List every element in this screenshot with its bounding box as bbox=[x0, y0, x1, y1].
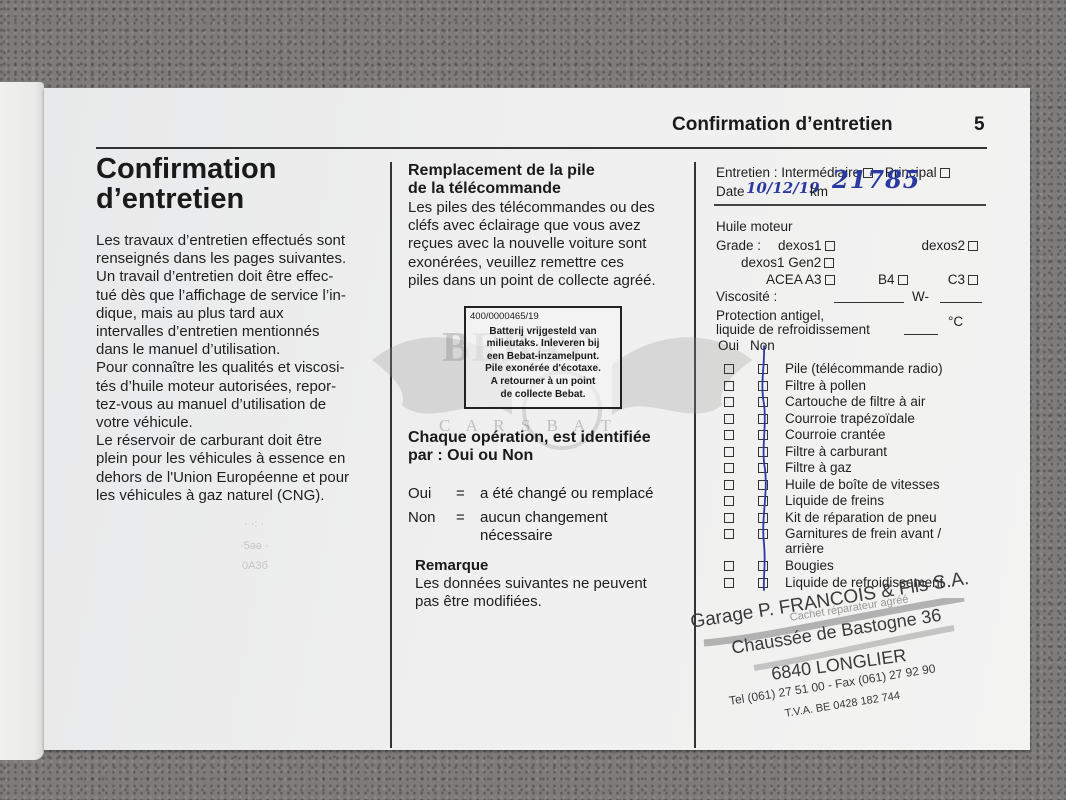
manual-page: Confirmation d’entretien 5 BEBAT C A R S… bbox=[44, 88, 1030, 750]
text-line: les véhicules à gaz naturel (CNG). bbox=[96, 487, 386, 505]
definition-desc: aucun changement nécessaire bbox=[480, 509, 625, 545]
battery-heading: Remplacement de la pile de la télécomman… bbox=[408, 162, 688, 198]
grade-row-1: Grade : dexos1 dexos2 bbox=[716, 238, 986, 255]
b4-label: B4 bbox=[878, 272, 895, 287]
km-label: km bbox=[810, 184, 828, 200]
grade-row-3: ACEA A3 B4 C3 bbox=[716, 272, 986, 289]
definition-eq: = bbox=[456, 509, 480, 545]
definition-term: Non bbox=[408, 509, 456, 545]
antifreeze-label-line1: Protection antigel, bbox=[716, 309, 986, 323]
text-line: intervalles d’entretien mentionnés bbox=[96, 323, 386, 341]
definition-eq: = bbox=[456, 485, 480, 503]
paragraph: Les travaux d’entretien effectués sont r… bbox=[96, 232, 386, 359]
antifreeze-field[interactable] bbox=[904, 323, 938, 335]
date-label: Date bbox=[716, 184, 745, 200]
paragraph: Pour connaître les qualités et viscosi- … bbox=[96, 359, 386, 432]
checklist-item-label: Filtre à pollen bbox=[785, 378, 995, 393]
bebat-line: A retourner à un point bbox=[466, 376, 620, 389]
text-line: dique, mais au plus tard aux bbox=[96, 305, 386, 323]
viscosity-cold-field[interactable] bbox=[834, 291, 904, 303]
oui-checkbox[interactable] bbox=[724, 496, 734, 506]
oil-section: Huile moteur Grade : dexos1 dexos2 dexos… bbox=[716, 219, 986, 353]
bebat-line: een Bebat-inzamelpunt. bbox=[466, 351, 620, 364]
oui-checkbox[interactable] bbox=[724, 414, 734, 424]
bebat-line: Batterij vrijgesteld van bbox=[466, 326, 620, 339]
faded-ink-mark: 0А3б bbox=[242, 560, 268, 572]
running-title: Confirmation d’entretien bbox=[672, 114, 893, 136]
battery-text: Les piles des télécommandes ou des cléfs… bbox=[408, 199, 693, 290]
checklist-item-label: Liquide de freins bbox=[785, 493, 995, 508]
oui-checkbox[interactable] bbox=[724, 480, 734, 490]
oui-checkbox[interactable] bbox=[724, 397, 734, 407]
bebat-line: de collecte Bebat. bbox=[466, 389, 620, 402]
antifreeze-unit: °C bbox=[948, 315, 963, 329]
remark: Remarque Les données suivantes ne peuven… bbox=[415, 557, 690, 611]
definition-non: Non = aucun changement nécessaire bbox=[408, 509, 680, 545]
oui-checkbox[interactable] bbox=[724, 513, 734, 523]
text-line: dehors de l'Union Européenne et pour bbox=[96, 469, 386, 487]
stamp-smudge bbox=[694, 598, 984, 688]
page-title: Confirmation d’entretien bbox=[96, 154, 276, 214]
viscosity-label: Viscosité : bbox=[716, 289, 777, 304]
antifreeze-label-line2: liquide de refroidissement bbox=[716, 323, 986, 337]
text-line: reçues avec la nouvelle voiture sont bbox=[408, 235, 693, 253]
text-line: tez-vous au manuel d’utilisation de bbox=[96, 396, 386, 414]
principal-checkbox[interactable] bbox=[940, 168, 950, 178]
dexos2-label: dexos2 bbox=[921, 238, 965, 253]
heading-line: Chaque opération, est identifiée bbox=[408, 429, 693, 447]
dexos2-checkbox[interactable] bbox=[968, 241, 978, 251]
oil-title: Huile moteur bbox=[716, 219, 986, 235]
definition-desc: a été changé ou remplacé bbox=[480, 485, 680, 503]
bebat-sticker: 400/0000465/19 Batterij vrijgesteld van … bbox=[464, 306, 622, 409]
checklist-item-label: Kit de réparation de pneu bbox=[785, 510, 995, 525]
remark-title: Remarque bbox=[415, 557, 690, 575]
definitions: Oui = a été changé ou remplacé Non = auc… bbox=[408, 485, 680, 545]
oui-column-header: Oui bbox=[718, 339, 739, 353]
checklist-item-label: Huile de boîte de vitesses bbox=[785, 477, 995, 492]
definition-oui: Oui = a été changé ou remplacé bbox=[408, 485, 680, 503]
checklist-item-label: Filtre à carburant bbox=[785, 444, 995, 459]
oui-checkbox[interactable] bbox=[724, 381, 734, 391]
oui-checkbox[interactable] bbox=[724, 430, 734, 440]
dexos1-checkbox[interactable] bbox=[825, 241, 835, 251]
oui-checkbox[interactable] bbox=[724, 578, 734, 588]
viscosity-hot-field[interactable] bbox=[940, 291, 982, 303]
date-km-row: Date 10/12/19 km 21785 bbox=[716, 181, 986, 201]
oui-checkbox[interactable] bbox=[724, 364, 734, 374]
yes-no-heading: Chaque opération, est identifiée par : O… bbox=[408, 429, 693, 465]
text-line: pas être modifiées. bbox=[415, 593, 690, 611]
form-rule bbox=[714, 204, 986, 206]
viscosity-separator: W- bbox=[912, 289, 929, 305]
c3-label: C3 bbox=[948, 272, 965, 287]
dexos1-label: dexos1 bbox=[778, 238, 822, 253]
text-line: piles dans un point de collecte agréé. bbox=[408, 272, 693, 290]
text-line: exonérées, veuillez remettre ces bbox=[408, 254, 693, 272]
column-divider-1 bbox=[390, 162, 392, 748]
oui-checkbox[interactable] bbox=[724, 463, 734, 473]
checklist-item-label: Filtre à gaz bbox=[785, 460, 995, 475]
text-line: cléfs avec éclairage que vous avez bbox=[408, 217, 693, 235]
maintenance-form: Entretien : Intermédiaire Principal Date… bbox=[716, 165, 986, 201]
page-number: 5 bbox=[974, 114, 985, 136]
text-line: votre véhicule. bbox=[96, 414, 386, 432]
text-line: plein pour les véhicules à essence en bbox=[96, 450, 386, 468]
date-field[interactable]: 10/12/19 bbox=[746, 180, 820, 196]
header-rule bbox=[96, 147, 987, 149]
dexos1-gen2-checkbox[interactable] bbox=[824, 258, 834, 268]
oui-checkbox[interactable] bbox=[724, 561, 734, 571]
checklist-item-label: Cartouche de filtre à air bbox=[785, 394, 995, 409]
km-field[interactable]: 21785 bbox=[832, 172, 921, 188]
faded-ink-mark: · ·: · bbox=[244, 518, 264, 530]
text-line: Un travail d’entretien doit être effec- bbox=[96, 268, 386, 286]
previous-page-edge bbox=[0, 82, 44, 760]
intro-text: Les travaux d’entretien effectués sont r… bbox=[96, 232, 386, 505]
heading-line: par : Oui ou Non bbox=[408, 447, 693, 465]
text-line: Les données suivantes ne peuvent bbox=[415, 575, 690, 593]
checklist-item-label: Courroie trapézoïdale bbox=[785, 411, 995, 426]
text-line: tué dès que l’affichage de service l’in- bbox=[96, 287, 386, 305]
acea-a3-checkbox[interactable] bbox=[825, 275, 835, 285]
bebat-code: 400/0000465/19 bbox=[466, 308, 620, 326]
text-line: tés d’huile moteur autorisées, repor- bbox=[96, 378, 386, 396]
definition-term: Oui bbox=[408, 485, 456, 503]
text-line: Les travaux d’entretien effectués sont bbox=[96, 232, 386, 250]
heading-line: de la télécommande bbox=[408, 180, 688, 198]
heading-line: Remplacement de la pile bbox=[408, 162, 688, 180]
page-title-line1: Confirmation bbox=[96, 154, 276, 184]
c3-checkbox[interactable] bbox=[968, 275, 978, 285]
antifreeze-row: Protection antigel, liquide de refroidis… bbox=[716, 309, 986, 339]
text-line: Le réservoir de carburant doit être bbox=[96, 432, 386, 450]
text-line: Les piles des télécommandes ou des bbox=[408, 199, 693, 217]
bebat-line: milieutaks. Inleveren bij bbox=[466, 338, 620, 351]
viscosity-row: Viscosité : W- bbox=[716, 289, 986, 309]
text-line: renseignés dans les pages suivantes. bbox=[96, 250, 386, 268]
acea-a3-label: ACEA A3 bbox=[766, 272, 822, 287]
oui-checkbox[interactable] bbox=[724, 447, 734, 457]
bebat-line: Pile exonérée d'écotaxe. bbox=[466, 363, 620, 376]
checklist-item-label: Courroie crantée bbox=[785, 427, 995, 442]
grade-label: Grade : bbox=[716, 238, 761, 253]
checklist-item-label: Pile (télécommande radio) bbox=[785, 361, 995, 376]
faded-ink-mark: ·5ǝǝ · bbox=[240, 540, 269, 552]
paragraph: Le réservoir de carburant doit être plei… bbox=[96, 432, 386, 505]
pen-stroke-non-column bbox=[744, 344, 784, 594]
text-line: dans le manuel d’utilisation. bbox=[96, 341, 386, 359]
text-line: Pour connaître les qualités et viscosi- bbox=[96, 359, 386, 377]
dexos1-gen2-label: dexos1 Gen2 bbox=[741, 255, 821, 270]
checklist-item-label: Garnitures de frein avant / arrière bbox=[785, 526, 965, 556]
page-title-line2: d’entretien bbox=[96, 184, 276, 214]
b4-checkbox[interactable] bbox=[898, 275, 908, 285]
oui-checkbox[interactable] bbox=[724, 529, 734, 539]
grade-row-2: dexos1 Gen2 bbox=[716, 255, 986, 272]
